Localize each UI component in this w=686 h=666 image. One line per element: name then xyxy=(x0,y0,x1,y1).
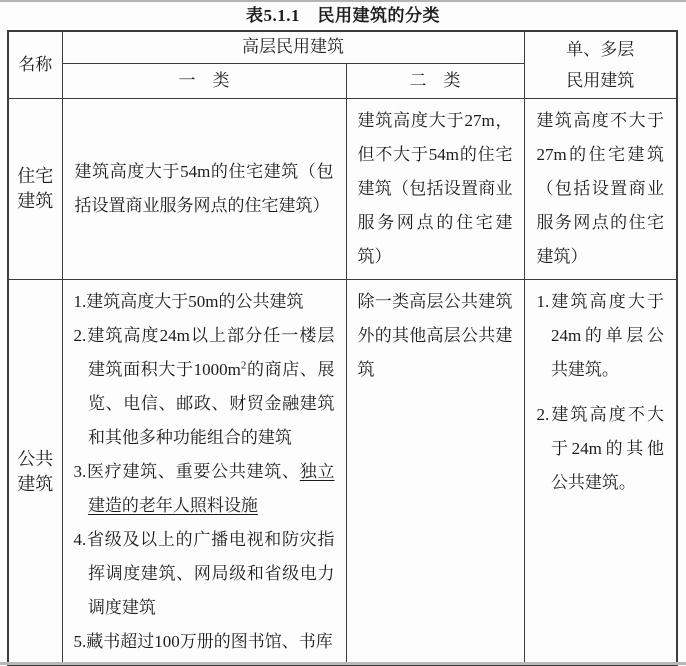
row-label-residential-line2: 建筑 xyxy=(10,189,61,214)
row-public: 公共 建筑 1.建筑高度大于50m的公共建筑 2.建筑高度24m以上部分任一楼层… xyxy=(8,279,677,665)
header-highrise: 高层民用建筑 xyxy=(62,31,524,63)
row-label-residential: 住宅 建筑 xyxy=(8,98,62,279)
row-label-residential-line1: 住宅 xyxy=(10,164,61,189)
page-edge-bottom-line xyxy=(0,662,686,665)
public-class1-item-3: 3.医疗建筑、重要公共建筑、独立建造的老年人照料设施 xyxy=(74,455,335,523)
cell-residential-single-multi: 建筑高度不大于27m的住宅建筑（包括设置商业服务网点的住宅建筑） xyxy=(524,98,677,279)
table-title: 表5.1.1 民用建筑的分类 xyxy=(0,0,686,30)
row-label-public-line1: 公共 xyxy=(10,447,61,472)
public-class1-item-5: 5.藏书超过100万册的图书馆、书库 xyxy=(74,625,335,659)
header-single-multi-line2: 民用建筑 xyxy=(526,65,676,96)
cell-public-class1: 1.建筑高度大于50m的公共建筑 2.建筑高度24m以上部分任一楼层建筑面积大于… xyxy=(62,279,346,665)
row-label-public: 公共 建筑 xyxy=(8,279,62,665)
public-class1-item-1: 1.建筑高度大于50m的公共建筑 xyxy=(74,285,335,319)
row-label-public-line2: 建筑 xyxy=(10,472,61,497)
header-class1: 一 类 xyxy=(62,63,346,98)
page: 表5.1.1 民用建筑的分类 名称 高层民用建筑 单、多层 民用建筑 一 类 二… xyxy=(0,0,686,666)
public-class1-item-3-text: 3.医疗建筑、重要公共建筑、 xyxy=(74,462,300,481)
cell-public-single-multi: 1.建筑高度大于24m的单层公共建筑。 2.建筑高度不大于24m的其他公共建筑。 xyxy=(524,279,677,665)
row-residential: 住宅 建筑 建筑高度大于54m的住宅建筑（包括设置商业服务网点的住宅建筑） 建筑… xyxy=(8,98,677,279)
cell-public-class2: 除一类高层公共建筑外的其他高层公共建筑 xyxy=(346,279,524,665)
header-row-1: 名称 高层民用建筑 单、多层 民用建筑 xyxy=(8,31,677,63)
cell-residential-class2: 建筑高度大于27m，但不大于54m的住宅建筑（包括设置商业服务网点的住宅建筑） xyxy=(346,98,524,279)
building-classification-table: 名称 高层民用建筑 单、多层 民用建筑 一 类 二 类 住宅 建筑 建筑高度大于… xyxy=(7,30,678,666)
header-single-multi: 单、多层 民用建筑 xyxy=(524,31,677,98)
public-single-multi-item-1: 1.建筑高度大于24m的单层公共建筑。 xyxy=(537,285,665,387)
header-name: 名称 xyxy=(8,31,62,98)
public-class1-item-4: 4.省级及以上的广播电视和防灾指挥调度建筑、网局级和省级电力调度建筑 xyxy=(74,523,335,625)
public-single-multi-item-2: 2.建筑高度不大于24m的其他公共建筑。 xyxy=(537,398,665,500)
header-class2: 二 类 xyxy=(346,63,524,98)
header-single-multi-line1: 单、多层 xyxy=(526,34,676,65)
page-edge-top-line xyxy=(0,0,686,2)
cell-residential-class1: 建筑高度大于54m的住宅建筑（包括设置商业服务网点的住宅建筑） xyxy=(62,98,346,279)
public-class1-item-2: 2.建筑高度24m以上部分任一楼层建筑面积大于1000m2的商店、展览、电信、邮… xyxy=(74,319,335,455)
